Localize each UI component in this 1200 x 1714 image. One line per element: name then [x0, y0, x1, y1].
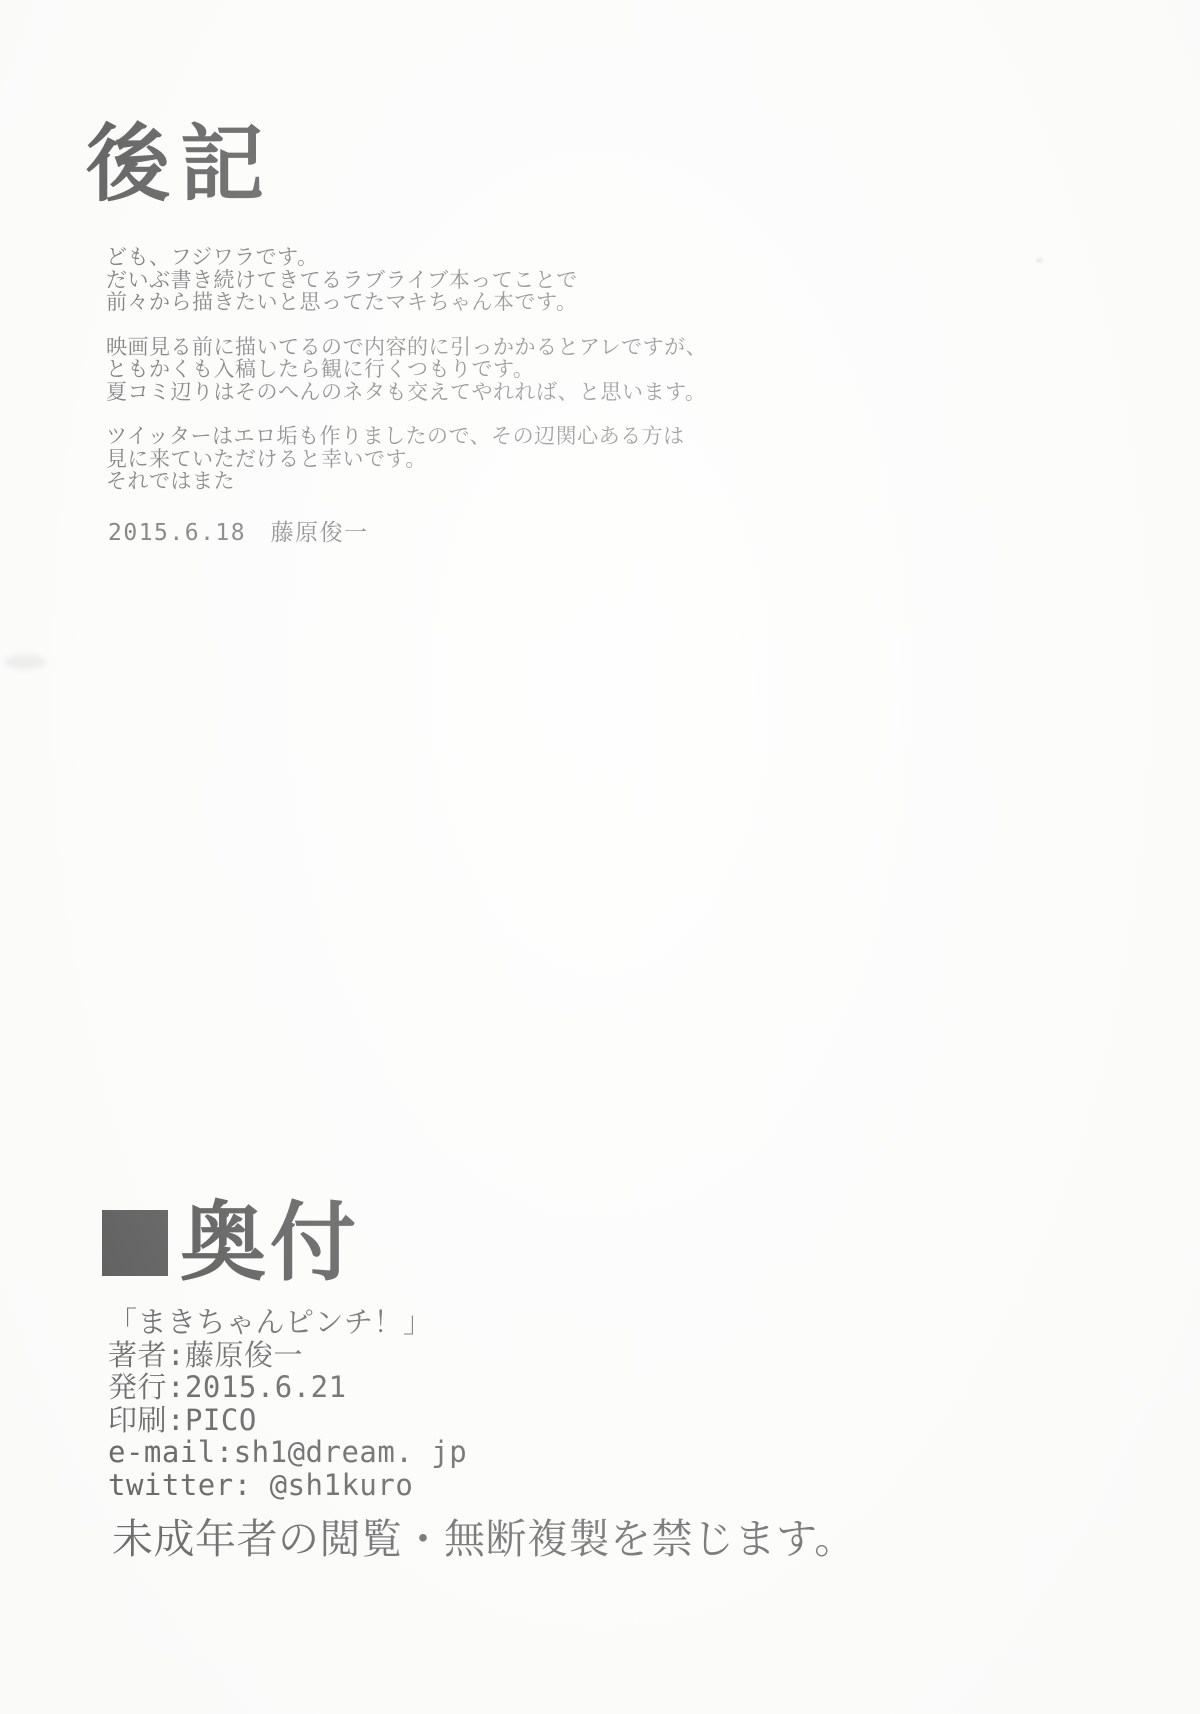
- black-square-icon: [102, 1210, 168, 1276]
- colophon-author-line: 著者:藤原俊一: [108, 1339, 467, 1372]
- afterword-paragraph: ども、フジワラです。 だいぶ書き続けてきてるラブライブ本ってことで 前々から描き…: [106, 246, 707, 314]
- colophon-publish-date-line: 発行:2015.6.21: [108, 1371, 467, 1404]
- colophon-heading: 奥付: [102, 1200, 360, 1286]
- colophon-book-title: 「まきちゃんピンチ！」: [108, 1306, 467, 1339]
- age-restriction-notice: 未成年者の閲覧・無断複製を禁じます。: [112, 1506, 856, 1565]
- afterword-line: だいぶ書き続けてきてるラブライブ本ってことで: [106, 269, 707, 292]
- afterword-body: ども、フジワラです。 だいぶ書き続けてきてるラブライブ本ってことで 前々から描き…: [106, 246, 707, 493]
- scanned-page: 後記 ども、フジワラです。 だいぶ書き続けてきてるラブライブ本ってことで 前々か…: [0, 0, 1200, 1714]
- afterword-line: 夏コミ辺りはそのへんのネタも交えてやれれば、と思います。: [106, 381, 707, 404]
- afterword-signature: 2015.6.18 藤原俊一: [108, 514, 369, 547]
- afterword-paragraph: 映画見る前に描いてるので内容的に引っかかるとアレですが、 ともかくも入稿したら観…: [106, 336, 707, 404]
- afterword-line: それではまた: [106, 470, 707, 493]
- afterword-paragraph: ツイッターはエロ垢も作りましたので、その辺関心ある方は 見に来ていただけると幸い…: [106, 425, 707, 493]
- scan-artifact: [1036, 258, 1043, 263]
- afterword-line: 前々から描きたいと思ってたマキちゃん本です。: [106, 291, 707, 314]
- afterword-line: 映画見る前に描いてるので内容的に引っかかるとアレですが、: [106, 336, 707, 359]
- colophon-details: 「まきちゃんピンチ！」 著者:藤原俊一 発行:2015.6.21 印刷:PICO…: [108, 1306, 467, 1501]
- scan-artifact: [4, 655, 46, 669]
- afterword-line: ども、フジワラです。: [106, 246, 707, 269]
- colophon-twitter-line: twitter: @sh1kuro: [108, 1469, 467, 1502]
- colophon-email-line: e-mail:sh1@dream. jp: [108, 1436, 467, 1469]
- afterword-line: ともかくも入稿したら観に行くつもりです。: [106, 358, 707, 381]
- afterword-line: ツイッターはエロ垢も作りましたので、その辺関心ある方は: [106, 425, 707, 448]
- colophon-printer-line: 印刷:PICO: [108, 1404, 467, 1437]
- colophon-heading-label: 奥付: [180, 1200, 360, 1286]
- afterword-line: 見に来ていただけると幸いです。: [106, 448, 707, 471]
- afterword-title: 後記: [86, 118, 274, 210]
